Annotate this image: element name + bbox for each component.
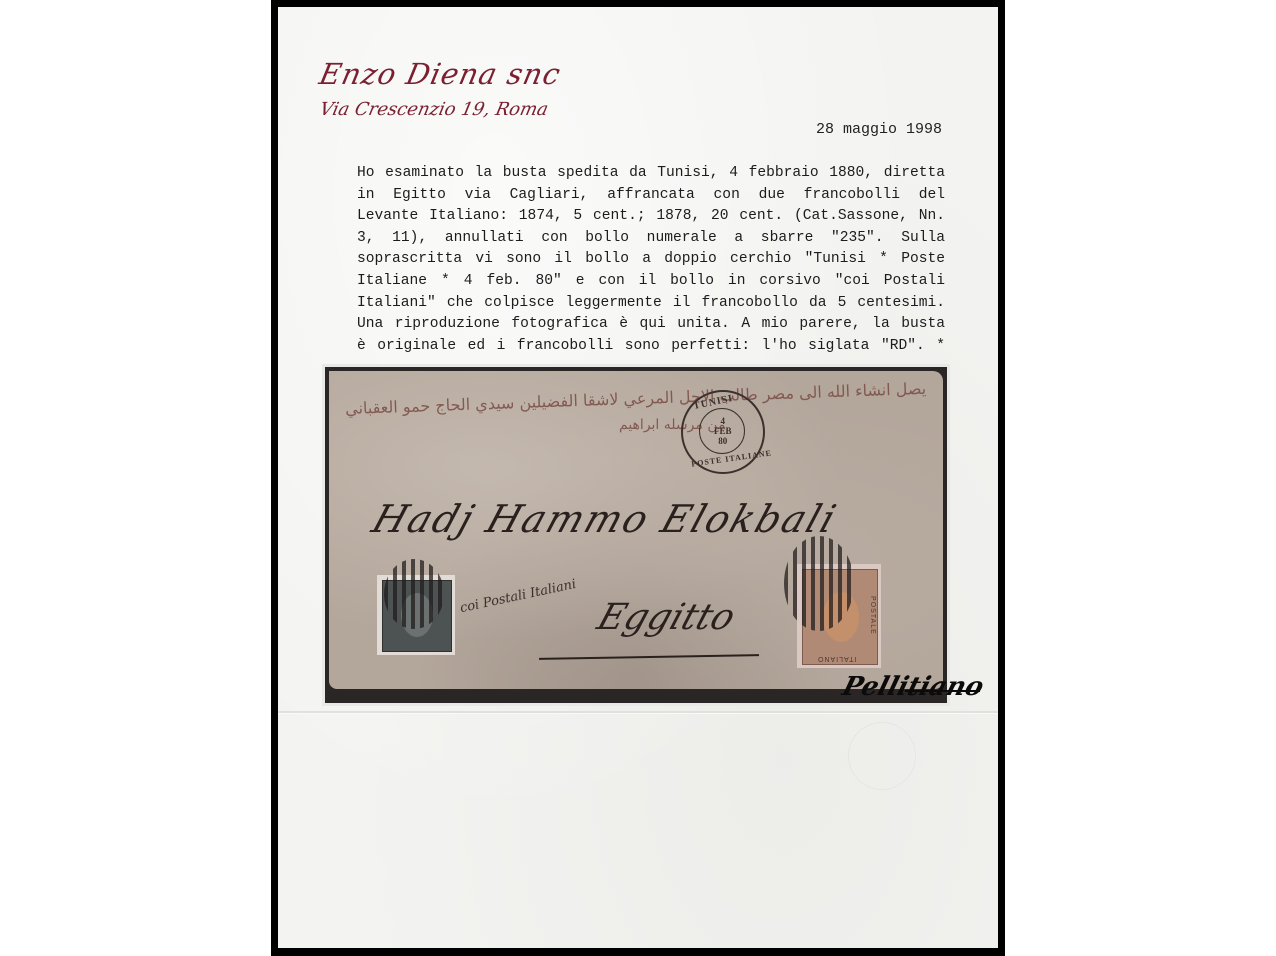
addressee-name: Hadj Hammo Elokbali xyxy=(367,497,843,541)
letterhead-company: Enzo Diena snc xyxy=(316,56,564,92)
postmark-year: 80 xyxy=(714,436,732,446)
text-line: soprascritta vi sono il bollo a doppio c… xyxy=(357,249,945,271)
postmark-date: 4 FEB 80 xyxy=(714,416,732,446)
numeral-cancel-icon xyxy=(784,536,854,631)
address-underline xyxy=(539,654,759,659)
arabic-inscription: يصل انشاء الله الى مصر طالب الاجل المرعي… xyxy=(345,379,927,418)
stamp-side-text: POSTALE xyxy=(869,596,876,635)
certificate-date: 28 maggio 1998 xyxy=(816,121,942,138)
text-line: Ho esaminato la busta spedita da Tunisi,… xyxy=(357,163,945,185)
numeral-cancel-icon xyxy=(384,559,444,629)
text-line: Italiani" che colpisce leggermente il fr… xyxy=(357,293,945,315)
text-line: è originale ed i francobolli sono perfet… xyxy=(357,336,945,358)
text-line: Levante Italiano: 1874, 5 cent.; 1878, 2… xyxy=(357,206,945,228)
text-line: in Egitto via Cagliari, affrancata con d… xyxy=(357,185,945,207)
postmark-day: 4 xyxy=(714,416,732,426)
postmark-month: FEB xyxy=(714,426,732,436)
stamp-bottom-text: ITALIANO xyxy=(817,655,856,662)
expert-signature: Pellitiano xyxy=(839,672,987,702)
letterhead-address: Via Crescenzio 19, Roma xyxy=(317,98,563,122)
envelope: يصل انشاء الله الى مصر طالب الاجل المرعي… xyxy=(329,371,943,689)
certificate-text: Ho esaminato la busta spedita da Tunisi,… xyxy=(357,163,945,357)
postmark-service: POSTE ITALIANE xyxy=(691,448,773,468)
signature-stroke xyxy=(905,690,980,692)
text-line: Una riproduzione fotografica è qui unita… xyxy=(357,314,945,336)
text-line: Italiane * 4 feb. 80" e con il bollo in … xyxy=(357,271,945,293)
embossed-seal-icon xyxy=(848,722,916,790)
addressee-destination: Eggitto xyxy=(592,597,740,638)
letterhead: Enzo Diena snc Via Crescenzio 19, Roma xyxy=(320,56,560,122)
tunisi-postmark: TUNISI 4 FEB 80 POSTE ITALIANE xyxy=(681,390,765,474)
cursive-handstamp: coi Postali Italiani xyxy=(459,577,578,616)
page-fold xyxy=(278,711,998,714)
text-line: 3, 11), annullati con bollo numerale a s… xyxy=(357,228,945,250)
